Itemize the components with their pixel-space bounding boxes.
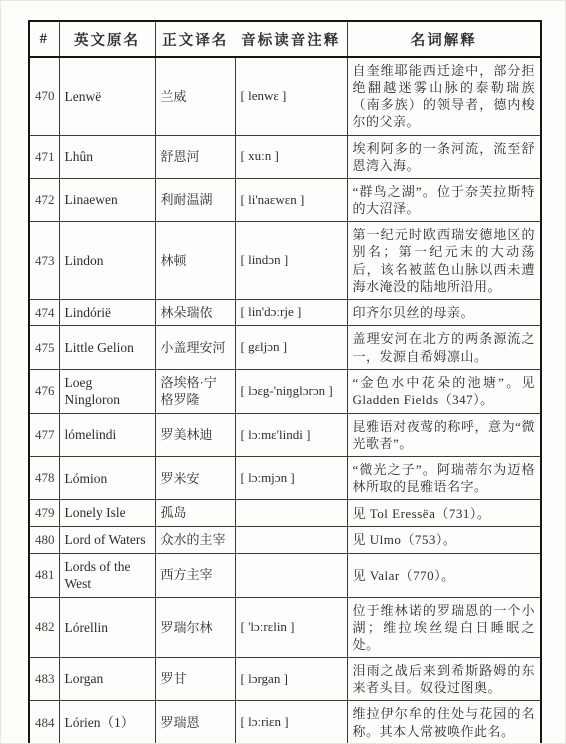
entry-translated-name: 罗甘 xyxy=(155,658,235,701)
entry-number: 476 xyxy=(29,369,59,413)
entry-number: 483 xyxy=(29,658,59,701)
entry-number: 474 xyxy=(29,299,59,326)
glossary-table-body: 470 Lenwë 兰威 [ lenwɛ ] 自奎维耶能西迁途中，部分拒绝翻越迷… xyxy=(29,57,541,744)
entry-number: 472 xyxy=(29,178,59,221)
table-row: 477 lómelindi 罗美林迪 [ lɔːmɛ'lindi ] 昆雅语对夜… xyxy=(29,413,541,456)
header-phonetic: 音标读音注释 xyxy=(235,21,347,57)
entry-number: 480 xyxy=(29,527,59,554)
entry-definition: 自奎维耶能西迁途中，部分拒绝翻越迷雾山脉的泰勒瑞族（南多族）的领导者，德内梭尔的… xyxy=(347,57,541,135)
entry-translated-name: 利耐温湖 xyxy=(155,178,235,221)
entry-english-name: lómelindi xyxy=(59,413,155,456)
entry-phonetic: [ lin'dɔːrje ] xyxy=(235,299,347,326)
header-number: # xyxy=(29,21,59,57)
entry-number: 471 xyxy=(29,135,59,178)
entry-translated-name: 罗美林迪 xyxy=(155,413,235,456)
entry-number: 482 xyxy=(29,597,59,657)
entry-definition: “群鸟之湖”。位于奈芙拉斯特的大沼泽。 xyxy=(347,178,541,221)
table-row: 478 Lómion 罗米安 [ lɔːmjɔn ] “微光之子”。阿瑞蒂尔为迈… xyxy=(29,457,541,500)
entry-definition: “微光之子”。阿瑞蒂尔为迈格林所取的昆雅语名字。 xyxy=(347,457,541,500)
entry-english-name: Lords of the West xyxy=(59,553,155,597)
entry-definition: 见 Valar（770）。 xyxy=(347,553,541,597)
entry-english-name: Little Gelion xyxy=(59,326,155,369)
scanned-glossary-page: # 英文原名 正文译名 音标读音注释 名词解释 470 Lenwë 兰威 [ l… xyxy=(0,0,566,744)
table-row: 474 Lindórië 林朵瑞依 [ lin'dɔːrje ] 印齐尔贝丝的母… xyxy=(29,299,541,326)
glossary-table-header: # 英文原名 正文译名 音标读音注释 名词解释 xyxy=(29,21,541,57)
entry-phonetic: [ 'lɔːrɛlin ] xyxy=(235,597,347,657)
entry-number: 477 xyxy=(29,413,59,456)
entry-phonetic: [ lɔɛg-'niŋglɔrɔn ] xyxy=(235,369,347,413)
entry-definition: 印齐尔贝丝的母亲。 xyxy=(347,299,541,326)
table-row: 484 Lórien（1） 罗瑞恩 [ lɔːriɛn ] 维拉伊尔牟的住处与花… xyxy=(29,701,541,744)
entry-phonetic: [ lɔrgan ] xyxy=(235,658,347,701)
entry-definition: 维拉伊尔牟的住处与花园的名称。其本人常被唤作此名。 xyxy=(347,701,541,744)
entry-english-name: Lómion xyxy=(59,457,155,500)
entry-number: 470 xyxy=(29,57,59,135)
table-row: 483 Lorgan 罗甘 [ lɔrgan ] 泪雨之战后来到希斯路姆的东来者… xyxy=(29,658,541,701)
entry-definition: 见 Tol Eressëa（731）。 xyxy=(347,500,541,527)
entry-number: 478 xyxy=(29,457,59,500)
entry-translated-name: 罗瑞尔林 xyxy=(155,597,235,657)
header-translated-name: 正文译名 xyxy=(155,21,235,57)
entry-english-name: Lhûn xyxy=(59,135,155,178)
entry-translated-name: 孤岛 xyxy=(155,500,235,527)
entry-definition: 位于维林诺的罗瑞恩的一个小湖；维拉埃丝缇白日睡眠之处。 xyxy=(347,597,541,657)
entry-translated-name: 林顿 xyxy=(155,222,235,300)
entry-english-name: Loeg Ningloron xyxy=(59,369,155,413)
entry-english-name: Lórien（1） xyxy=(59,701,155,744)
table-row: 481 Lords of the West 西方主宰 见 Valar（770）。 xyxy=(29,553,541,597)
entry-definition: 见 Ulmo（753）。 xyxy=(347,527,541,554)
entry-number: 473 xyxy=(29,222,59,300)
header-english-name: 英文原名 xyxy=(59,21,155,57)
entry-phonetic: [ lɔːmɛ'lindi ] xyxy=(235,413,347,456)
entry-english-name: Lord of Waters xyxy=(59,527,155,554)
entry-english-name: Lenwë xyxy=(59,57,155,135)
table-row: 475 Little Gelion 小盖理安河 [ gɛljɔn ] 盖理安河在… xyxy=(29,326,541,369)
entry-translated-name: 小盖理安河 xyxy=(155,326,235,369)
entry-english-name: Lórellin xyxy=(59,597,155,657)
entry-english-name: Lorgan xyxy=(59,658,155,701)
entry-translated-name: 众水的主宰 xyxy=(155,527,235,554)
table-row: 471 Lhûn 舒恩河 [ xuːn ] 埃利阿多的一条河流，流至舒恩湾入海。 xyxy=(29,135,541,178)
header-definition: 名词解释 xyxy=(347,21,541,57)
entry-english-name: Linaewen xyxy=(59,178,155,221)
entry-phonetic xyxy=(235,500,347,527)
entry-translated-name: 兰威 xyxy=(155,57,235,135)
entry-number: 475 xyxy=(29,326,59,369)
entry-number: 484 xyxy=(29,701,59,744)
entry-phonetic xyxy=(235,553,347,597)
entry-translated-name: 洛埃格·宁格罗隆 xyxy=(155,369,235,413)
entry-phonetic xyxy=(235,527,347,554)
entry-translated-name: 西方主宰 xyxy=(155,553,235,597)
table-row: 482 Lórellin 罗瑞尔林 [ 'lɔːrɛlin ] 位于维林诺的罗瑞… xyxy=(29,597,541,657)
entry-phonetic: [ lindɔn ] xyxy=(235,222,347,300)
entry-phonetic: [ lenwɛ ] xyxy=(235,57,347,135)
entry-english-name: Lonely Isle xyxy=(59,500,155,527)
entry-phonetic: [ lɔːmjɔn ] xyxy=(235,457,347,500)
table-row: 480 Lord of Waters 众水的主宰 见 Ulmo（753）。 xyxy=(29,527,541,554)
entry-translated-name: 罗瑞恩 xyxy=(155,701,235,744)
table-row: 476 Loeg Ningloron 洛埃格·宁格罗隆 [ lɔɛg-'niŋg… xyxy=(29,369,541,413)
table-row: 470 Lenwë 兰威 [ lenwɛ ] 自奎维耶能西迁途中，部分拒绝翻越迷… xyxy=(29,57,541,135)
entry-definition: 泪雨之战后来到希斯路姆的东来者头目。奴役过图奥。 xyxy=(347,658,541,701)
entry-phonetic: [ li'naɛwɛn ] xyxy=(235,178,347,221)
table-row: 473 Lindon 林顿 [ lindɔn ] 第一纪元时欧西瑞安德地区的别名… xyxy=(29,222,541,300)
entry-translated-name: 罗米安 xyxy=(155,457,235,500)
header-row: # 英文原名 正文译名 音标读音注释 名词解释 xyxy=(29,21,541,57)
entry-definition: “金色水中花朵的池塘”。见 Gladden Fields（347）。 xyxy=(347,369,541,413)
entry-number: 481 xyxy=(29,553,59,597)
entry-definition: 昆雅语对夜莺的称呼，意为“微光歌者”。 xyxy=(347,413,541,456)
entry-translated-name: 舒恩河 xyxy=(155,135,235,178)
glossary-table: # 英文原名 正文译名 音标读音注释 名词解释 470 Lenwë 兰威 [ l… xyxy=(28,20,542,744)
entry-definition: 埃利阿多的一条河流，流至舒恩湾入海。 xyxy=(347,135,541,178)
entry-phonetic: [ xuːn ] xyxy=(235,135,347,178)
entry-definition: 盖理安河在北方的两条源流之一，发源自希姆凛山。 xyxy=(347,326,541,369)
entry-phonetic: [ gɛljɔn ] xyxy=(235,326,347,369)
entry-english-name: Lindórië xyxy=(59,299,155,326)
table-row: 479 Lonely Isle 孤岛 见 Tol Eressëa（731）。 xyxy=(29,500,541,527)
entry-english-name: Lindon xyxy=(59,222,155,300)
table-row: 472 Linaewen 利耐温湖 [ li'naɛwɛn ] “群鸟之湖”。位… xyxy=(29,178,541,221)
entry-definition: 第一纪元时欧西瑞安德地区的别名；第一纪元末的大动荡后，该名被蓝色山脉以西未遭海水… xyxy=(347,222,541,300)
entry-number: 479 xyxy=(29,500,59,527)
entry-phonetic: [ lɔːriɛn ] xyxy=(235,701,347,744)
entry-translated-name: 林朵瑞依 xyxy=(155,299,235,326)
